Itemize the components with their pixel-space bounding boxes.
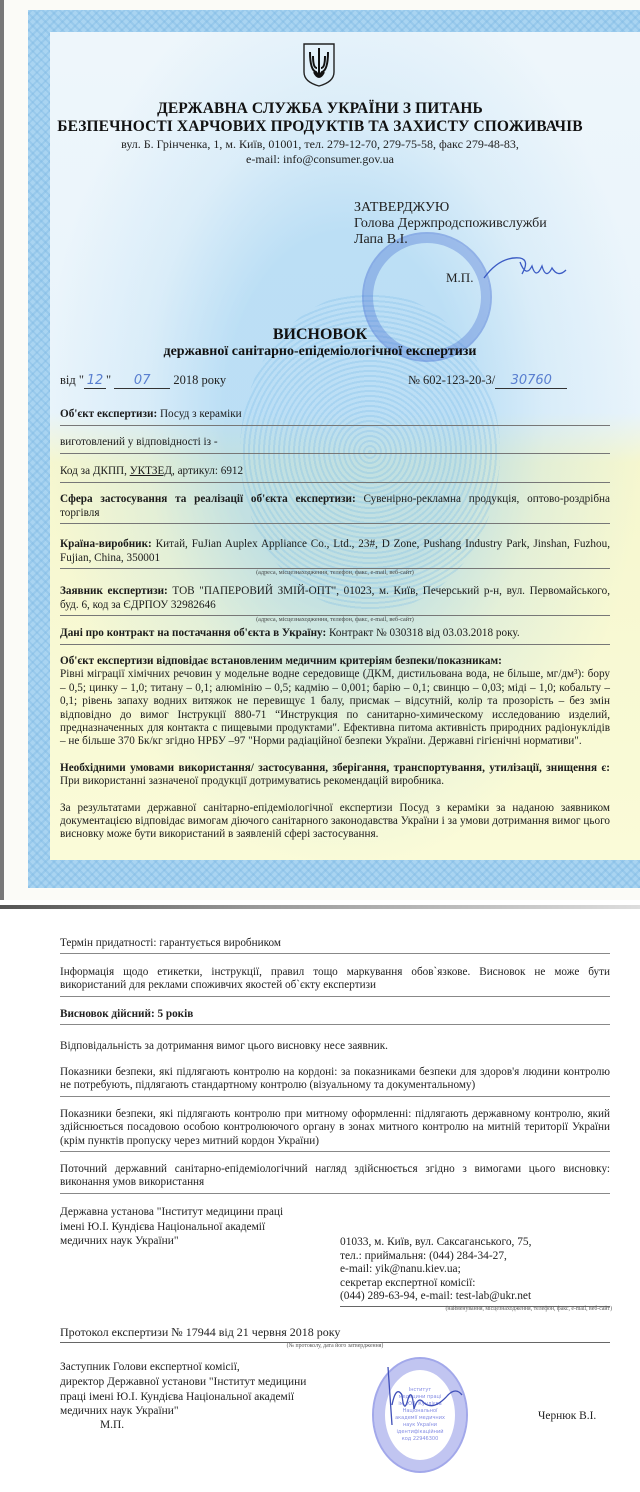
protocol: Протокол експертизи № 17944 від 21 червн…	[60, 1325, 610, 1343]
criteria-body: Рівні міграції хімічних речовин у модель…	[60, 668, 610, 748]
field-object: Об'єкт експертизи: Посуд з кераміки	[60, 408, 610, 426]
responsibility: Відповідальність за дотримання вимог цьо…	[60, 1040, 610, 1053]
document-subtitle: державної санітарно-епідеміологічної екс…	[0, 344, 640, 360]
applicant-label: Заявник експертизи:	[60, 585, 168, 597]
document-number: № 602-123-20-3/30760	[408, 373, 567, 389]
address-line: e-mail: yik@nanu.kiev.ua;	[340, 1263, 610, 1277]
agency-email: e-mail: info@consumer.gov.ua	[0, 152, 640, 167]
applicant-caption: (адреса, місцезнаходження, телефон, факс…	[60, 616, 610, 623]
signer-line: медичних наук України"	[60, 1404, 306, 1419]
institution-line: імені Ю.І. Кундієва Національної академі…	[60, 1220, 283, 1235]
country-caption: (адреса, місцезнаходження, телефон, факс…	[60, 569, 610, 576]
certificate-page-1: ДЕРЖАВНА СЛУЖБА УКРАЇНИ З ПИТАНЬ БЕЗПЕЧН…	[0, 0, 640, 900]
date-prefix: від "	[60, 373, 84, 387]
institution-line: Державна установа "Інститут медицини пра…	[60, 1205, 283, 1220]
contract-value: Контракт № 030318 від 03.03.2018 року.	[326, 627, 519, 639]
field-manufactured: виготовлений у відповідності із -	[60, 436, 610, 454]
signer-line: директор Державної установи "Інститут ме…	[60, 1375, 306, 1390]
approval-position: Голова Держпродспоживслужби	[354, 216, 547, 232]
number-handwritten: 30760	[495, 373, 567, 389]
field-scope: Сфера застосування та реалізації об'єкта…	[60, 493, 610, 524]
signature-icon	[480, 248, 570, 288]
agency-name-line-2: БЕЗПЕЧНОСТІ ХАРЧОВИХ ПРОДУКТІВ ТА ЗАХИСТ…	[0, 118, 640, 136]
institution-caption: (найменування, місцезнаходження, телефон…	[340, 1306, 612, 1312]
customs-control-text: Показники безпеки, які підлягають контро…	[60, 1108, 610, 1152]
labeling-text: Інформація щодо етикетки, інструкції, пр…	[60, 966, 610, 997]
supervision: Поточний державний санітарно-епідеміолог…	[60, 1163, 610, 1194]
field-applicant: Заявник експертизи: ТОВ "ПАПЕРОВИЙ ЗМІЙ-…	[60, 585, 610, 623]
institution-address: 01033, м. Київ, вул. Саксаганського, 75,…	[340, 1236, 610, 1307]
signer-position: Заступник Голови експертної комісії, дир…	[60, 1360, 306, 1419]
seal-place-label: М.П.	[100, 1419, 124, 1431]
date-day: 12	[84, 373, 106, 389]
protocol-caption: (№ протоколу, дата його затвердження)	[60, 1343, 610, 1349]
border-control: Показники безпеки, які підлягають контро…	[60, 1066, 610, 1097]
object-value: Посуд з кераміки	[157, 408, 241, 420]
shelf-life: Термін придатності: гарантується виробни…	[60, 937, 610, 954]
field-code: Код за ДКПП, УКТЗЕД, артикул: 6912	[60, 465, 610, 483]
approval-signer: Лапа В.І.	[354, 232, 547, 248]
safety-criteria: Об'єкт експертизи відповідає встановлени…	[60, 655, 610, 842]
institution-line: медичних наук України"	[60, 1234, 283, 1249]
signature-icon	[378, 1365, 468, 1435]
address-line: секретар експертної комісії:	[340, 1277, 610, 1291]
contract-label: Дані про контракт на постачання об'єкта …	[60, 627, 326, 639]
agency-name-line-1: ДЕРЖАВНА СЛУЖБА УКРАЇНИ З ПИТАНЬ	[0, 100, 640, 118]
conditions-label: Необхідними умовами використання/ застос…	[60, 762, 610, 774]
date-month: 07	[114, 373, 170, 389]
field-country: Країна-виробник: Китай, FuJian Auplex Ap…	[60, 538, 610, 576]
responsibility-text: Відповідальність за дотримання вимог цьо…	[60, 1040, 610, 1053]
criteria-heading: Об'єкт експертизи відповідає встановлени…	[60, 655, 502, 667]
conclusion-text: За результатами державної санітарно-епід…	[60, 802, 610, 842]
seal-place-label: М.П.	[446, 270, 473, 286]
agency-address: вул. Б. Грінченка, 1, м. Київ, 01001, те…	[0, 137, 640, 152]
institution-name: Державна установа "Інститут медицини пра…	[60, 1205, 283, 1249]
code-ukt: УКТЗЕД	[130, 465, 172, 477]
issue-date: від "12" 07 2018 року	[60, 373, 226, 389]
approval-heading: ЗАТВЕРДЖУЮ	[354, 200, 547, 216]
country-label: Країна-виробник:	[60, 538, 152, 550]
date-year: 2018 року	[173, 373, 226, 387]
signer-line: праці імені Ю.І. Кундієва Національної а…	[60, 1390, 306, 1405]
code-suffix: , артикул: 6912	[172, 465, 243, 477]
trident-coat-of-arms-icon	[302, 42, 336, 88]
object-label: Об'єкт експертизи:	[60, 408, 157, 420]
scope-label: Сфера застосування та реалізації об'єкта…	[60, 493, 356, 505]
validity: Висновок дійсний: 5 років	[60, 1008, 610, 1025]
validity-text: Висновок дійсний: 5 років	[60, 1008, 193, 1020]
border-control-text: Показники безпеки, які підлягають контро…	[60, 1066, 610, 1097]
manufactured-value: виготовлений у відповідності із -	[60, 436, 610, 454]
signer-name: Чернюк В.І.	[538, 1410, 596, 1422]
customs-control: Показники безпеки, які підлягають контро…	[60, 1108, 610, 1152]
field-contract: Дані про контракт на постачання об'єкта …	[60, 627, 610, 645]
supervision-text: Поточний державний санітарно-епідеміолог…	[60, 1163, 610, 1194]
document-title: ВИСНОВОК	[0, 326, 640, 344]
conditions-value: При використанні зазначеної продукції до…	[60, 775, 444, 787]
address-line: тел.: приймальня: (044) 284-34-27,	[340, 1250, 610, 1264]
page-divider	[0, 905, 640, 909]
address-line: (044) 289-63-94, e-mail: test-lab@ukr.ne…	[340, 1290, 610, 1304]
address-line: 01033, м. Київ, вул. Саксаганського, 75,	[340, 1236, 610, 1250]
shelf-life-text: Термін придатності: гарантується виробни…	[60, 937, 610, 954]
labeling-info: Інформація щодо етикетки, інструкції, пр…	[60, 966, 610, 997]
signer-line: Заступник Голови експертної комісії,	[60, 1360, 306, 1375]
number-prefix: № 602-123-20-3/	[408, 373, 495, 387]
date-quote: "	[106, 373, 111, 387]
approval-block: ЗАТВЕРДЖУЮ Голова Держпродспоживслужби Л…	[354, 200, 547, 248]
code-prefix: Код за ДКПП,	[60, 465, 130, 477]
